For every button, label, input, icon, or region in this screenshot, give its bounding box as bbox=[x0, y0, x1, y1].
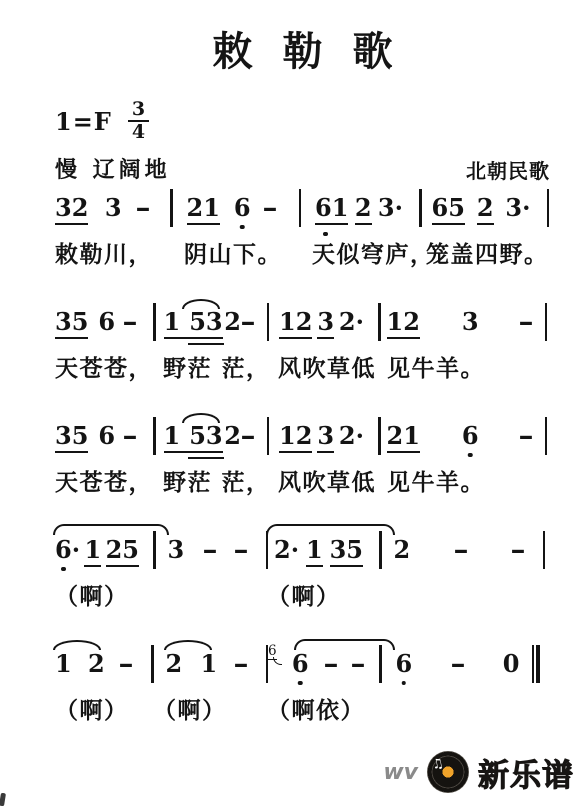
measure: 6· 1 25 bbox=[55, 526, 153, 574]
lyric: 阴山下。 bbox=[172, 236, 300, 266]
note: 3· bbox=[378, 196, 403, 220]
note: 2 bbox=[394, 538, 411, 562]
note: 12 bbox=[279, 310, 312, 339]
note: - bbox=[122, 310, 138, 334]
grace-hook bbox=[273, 657, 282, 665]
notation-row: 35 6 - 1 53 2 - 12 3 2· 21 6 - bbox=[55, 412, 550, 460]
time-denominator: 4 bbox=[132, 122, 145, 142]
measure: 12 3 2· bbox=[269, 412, 378, 460]
lyric: 风吹草低 bbox=[268, 350, 379, 380]
phrase-arc bbox=[266, 524, 395, 535]
barline bbox=[545, 417, 548, 455]
lyrics-row: （啊） （啊） （啊依） bbox=[55, 692, 550, 722]
note: 35 bbox=[55, 310, 88, 339]
note: 12 bbox=[279, 424, 312, 453]
note: 35 bbox=[55, 424, 88, 453]
note: 2 bbox=[224, 310, 241, 334]
measure: 61 2 3· bbox=[301, 184, 419, 232]
music-system: 6· 1 25 3 - - 2· 1 35 2 - - （啊） bbox=[55, 526, 550, 608]
grace-note: 6 bbox=[268, 640, 277, 660]
note: 53 bbox=[189, 310, 222, 334]
measure: 2 - - bbox=[382, 526, 543, 574]
note: 2 bbox=[224, 424, 241, 448]
note: - bbox=[262, 196, 278, 220]
note: 1 bbox=[84, 538, 101, 567]
note: 1 bbox=[164, 310, 181, 334]
note: 2 bbox=[166, 652, 183, 676]
note: 2 bbox=[88, 652, 105, 676]
lyric bbox=[380, 578, 543, 608]
barline bbox=[547, 189, 550, 227]
note: 6 bbox=[462, 424, 479, 448]
music-system: 32 3 - 21 6 - 61 2 3· 65 2 3· 敕勒川， 阴山下。 bbox=[55, 184, 550, 266]
lyrics-row: 天苍苍， 野茫 茫， 风吹草低 见牛羊。 bbox=[55, 350, 550, 380]
note: - bbox=[510, 538, 526, 562]
lyric: （啊） bbox=[153, 692, 267, 722]
tie-arc bbox=[294, 639, 395, 650]
footer: wv ♫ 新乐谱 bbox=[55, 750, 574, 794]
lyric: （啊依） bbox=[267, 692, 380, 722]
note: 2· bbox=[339, 310, 364, 334]
measure: 65 2 3· bbox=[422, 184, 547, 232]
lyric bbox=[155, 578, 267, 608]
note: 6· bbox=[55, 538, 80, 562]
measure: 21 6 - bbox=[381, 412, 545, 460]
note: - bbox=[350, 652, 366, 676]
note: 1 bbox=[55, 652, 72, 676]
note: 1 bbox=[201, 652, 218, 676]
note: 61 bbox=[315, 196, 348, 225]
note: - bbox=[240, 424, 256, 448]
lyric: （啊） bbox=[55, 578, 155, 608]
music-note-icon: ♫ bbox=[431, 757, 445, 772]
note: - bbox=[323, 652, 339, 676]
measure: 12 3 - bbox=[381, 298, 545, 346]
song-title: 敕勒歌 bbox=[55, 26, 550, 78]
phrase-arc bbox=[53, 524, 169, 535]
note: 2 bbox=[477, 196, 494, 225]
lyric: 野茫 茫， bbox=[155, 464, 268, 494]
lyric: 风吹草低 bbox=[268, 464, 379, 494]
note: 3 bbox=[317, 310, 334, 339]
notation-row: 1 2 - 2 1 - 6 6 - - 6 bbox=[55, 640, 550, 688]
time-signature: 3 4 bbox=[128, 100, 149, 142]
note: 53 bbox=[189, 424, 222, 448]
time-numerator: 3 bbox=[128, 100, 149, 122]
note: 35 bbox=[330, 538, 363, 567]
key-signature: 1=F 3 4 bbox=[55, 100, 550, 142]
barline bbox=[543, 531, 546, 569]
note: 6 bbox=[292, 652, 309, 676]
measure: 32 3 - bbox=[55, 184, 170, 232]
note: 6 bbox=[98, 310, 115, 334]
performance-row: 慢 辽阔地 北朝民歌 bbox=[55, 156, 550, 184]
measure: 3 - - bbox=[156, 526, 266, 574]
lyric: （啊） bbox=[267, 578, 380, 608]
note: 3 bbox=[317, 424, 334, 453]
key-tonic: 1=F bbox=[55, 107, 112, 136]
note: - bbox=[122, 424, 138, 448]
measure: 21 6 - bbox=[173, 184, 299, 232]
measure: 2· 1 35 bbox=[268, 526, 379, 574]
note: 3 bbox=[462, 310, 479, 334]
note: - bbox=[233, 652, 249, 676]
note: - bbox=[518, 310, 534, 334]
measure: 35 6 - bbox=[55, 412, 153, 460]
lyric: 笼盖四野。 bbox=[420, 236, 547, 266]
note: 0 bbox=[503, 652, 520, 676]
vinyl-record-icon: ♫ bbox=[427, 751, 469, 793]
beamed-group: 1 53 bbox=[164, 310, 223, 339]
measure: 1 53 2 - bbox=[156, 412, 267, 460]
lyric: 野茫 茫， bbox=[155, 350, 268, 380]
measure: 6 - 0 bbox=[382, 640, 532, 688]
note: 2 bbox=[355, 196, 372, 225]
measure: 6 6 - - bbox=[268, 640, 379, 688]
lyric: 天似穹庐， bbox=[300, 236, 420, 266]
lyric: （啊） bbox=[55, 692, 153, 722]
note: 65 bbox=[432, 196, 465, 225]
beamed-group: 1 53 bbox=[164, 424, 223, 453]
music-system: 35 6 - 1 53 2 - 12 3 2· 12 3 - bbox=[55, 298, 550, 380]
lyric: 见牛羊。 bbox=[379, 350, 545, 380]
note: - bbox=[118, 652, 134, 676]
lyric: 天苍苍， bbox=[55, 464, 155, 494]
barline bbox=[545, 303, 548, 341]
lyrics-row: 天苍苍， 野茫 茫， 风吹草低 见牛羊。 bbox=[55, 464, 550, 494]
final-barline bbox=[532, 645, 540, 683]
measure: 12 3 2· bbox=[269, 298, 378, 346]
note: 2· bbox=[274, 538, 299, 562]
lyrics-row: 敕勒川， 阴山下。 天似穹庐， 笼盖四野。 bbox=[55, 236, 550, 266]
lyric: 见牛羊。 bbox=[379, 464, 545, 494]
lyrics-row: （啊） （啊） bbox=[55, 578, 550, 608]
note: - bbox=[233, 538, 249, 562]
note: 6 bbox=[234, 196, 251, 220]
measure: 1 53 2 - bbox=[156, 298, 267, 346]
note: 6 bbox=[98, 424, 115, 448]
note: - bbox=[450, 652, 466, 676]
lyric bbox=[380, 692, 532, 722]
note: - bbox=[453, 538, 469, 562]
sheet-music-page: 敕勒歌 1=F 3 4 慢 辽阔地 北朝民歌 32 3 - 21 6 - 61 … bbox=[0, 0, 580, 794]
lyric: 天苍苍， bbox=[55, 350, 155, 380]
note: 21 bbox=[387, 424, 420, 453]
note: 3· bbox=[505, 196, 530, 220]
music-system: 1 2 - 2 1 - 6 6 - - 6 bbox=[55, 640, 550, 722]
note: 32 bbox=[55, 196, 88, 225]
tempo-marking: 慢 辽阔地 bbox=[55, 153, 171, 184]
brand-name: 新乐谱 bbox=[478, 750, 574, 795]
note: 1 bbox=[164, 424, 181, 448]
note: - bbox=[202, 538, 218, 562]
note: 12 bbox=[387, 310, 420, 339]
attribution: 北朝民歌 bbox=[466, 155, 550, 184]
note: 25 bbox=[106, 538, 139, 567]
note: 6 bbox=[396, 652, 413, 676]
note: 3 bbox=[105, 196, 122, 220]
music-system: 35 6 - 1 53 2 - 12 3 2· 21 6 - bbox=[55, 412, 550, 494]
scan-artifact bbox=[0, 793, 6, 807]
note: 21 bbox=[187, 196, 220, 225]
note: 2· bbox=[339, 424, 364, 448]
note: - bbox=[518, 424, 534, 448]
note: 3 bbox=[168, 538, 185, 562]
notation-row: 35 6 - 1 53 2 - 12 3 2· 12 3 - bbox=[55, 298, 550, 346]
note: - bbox=[135, 196, 151, 220]
notation-row: 6· 1 25 3 - - 2· 1 35 2 - - bbox=[55, 526, 550, 574]
note: 1 bbox=[306, 538, 323, 567]
lyric: 敕勒川， bbox=[55, 236, 172, 266]
measure: 35 6 - bbox=[55, 298, 153, 346]
measure: 2 1 - bbox=[154, 640, 266, 688]
note: - bbox=[240, 310, 256, 334]
measure: 1 2 - bbox=[55, 640, 151, 688]
notation-row: 32 3 - 21 6 - 61 2 3· 65 2 3· bbox=[55, 184, 550, 232]
watermark-text: wv bbox=[383, 760, 418, 785]
